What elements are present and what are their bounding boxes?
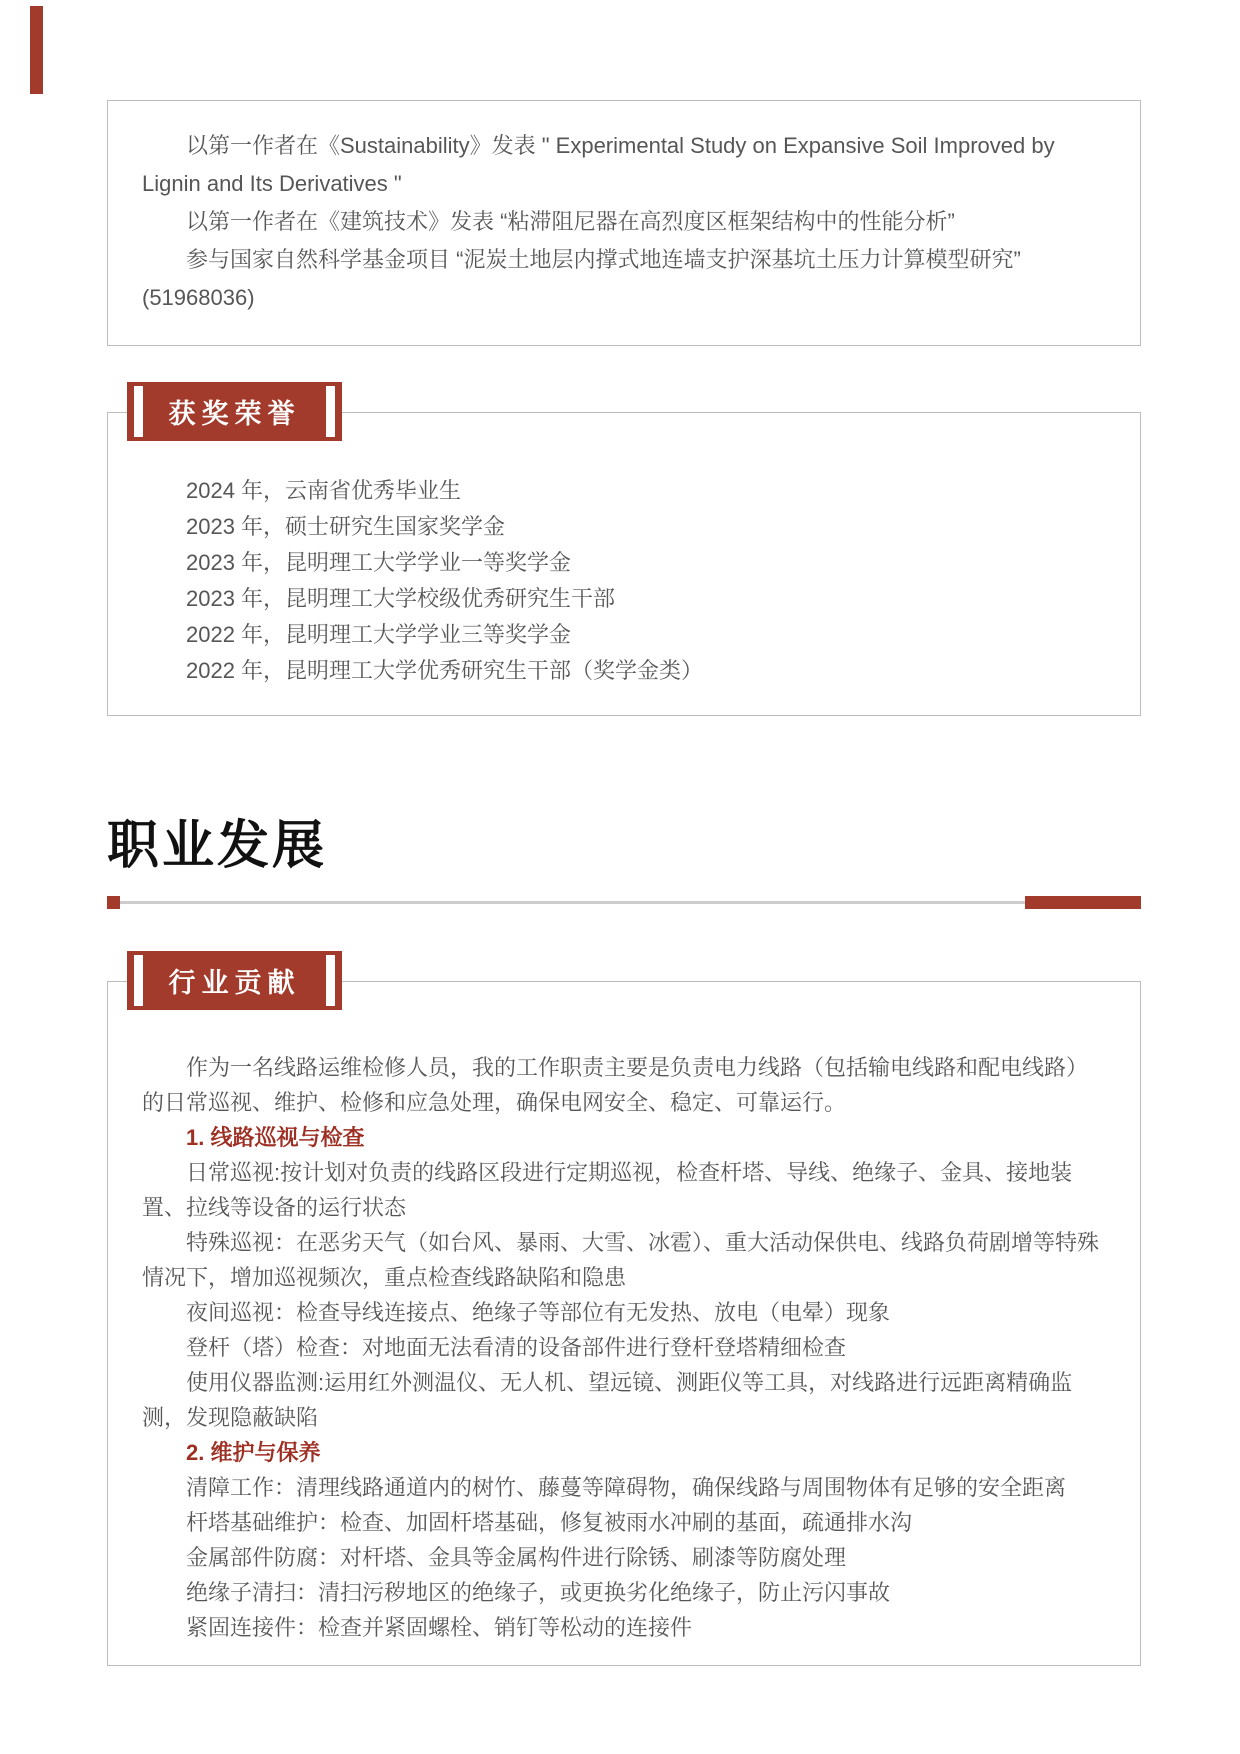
award-item: 2024 年，云南省优秀毕业生: [142, 473, 1106, 509]
industry-item: 杆塔基础维护：检查、加固杆塔基础，修复被雨水冲刷的基面，疏通排水沟: [142, 1505, 1106, 1540]
divider-left-square: [107, 896, 120, 909]
industry-item: 日常巡视:按计划对负责的线路区段进行定期巡视，检查杆塔、导线、绝缘子、金具、接地…: [142, 1155, 1106, 1225]
industry-intro: 作为一名线路运维检修人员，我的工作职责主要是负责电力线路（包括输电线路和配电线路…: [142, 1050, 1106, 1120]
award-item: 2022 年，昆明理工大学优秀研究生干部（奖学金类）: [142, 653, 1106, 689]
page-content: 以第一作者在《Sustainability》发表 " Experimental …: [107, 0, 1141, 1666]
industry-item: 清障工作：清理线路通道内的树竹、藤蔓等障碍物，确保线路与周围物体有足够的安全距离: [142, 1470, 1106, 1505]
document-page: { "theme": { "accent_red": "#a33b2c", "s…: [0, 0, 1240, 1754]
industry-item: 使用仪器监测:运用红外测温仪、无人机、望远镜、测距仪等工具，对线路进行远距离精确…: [142, 1365, 1106, 1435]
award-item: 2023 年，昆明理工大学学业一等奖学金: [142, 545, 1106, 581]
industry-box: 作为一名线路运维检修人员，我的工作职责主要是负责电力线路（包括输电线路和配电线路…: [107, 981, 1141, 1666]
industry-contribution-section: 行业贡献 作为一名线路运维检修人员，我的工作职责主要是负责电力线路（包括输电线路…: [107, 981, 1141, 1666]
divider-line: [120, 901, 1025, 904]
award-item: 2023 年，硕士研究生国家奖学金: [142, 509, 1106, 545]
heading-divider: [107, 896, 1141, 909]
awards-section: 获奖荣誉 2024 年，云南省优秀毕业生 2023 年，硕士研究生国家奖学金 2…: [107, 412, 1141, 716]
divider-right-bar: [1025, 896, 1141, 909]
publication-line: 以第一作者在《建筑技术》发表 “粘滞阻尼器在高烈度区框架结构中的性能分析”: [142, 203, 1106, 241]
industry-subsection-title: 1. 线路巡视与检查: [142, 1120, 1106, 1155]
industry-item: 特殊巡视：在恶劣天气（如台风、暴雨、大雪、冰雹）、重大活动保供电、线路负荷剧增等…: [142, 1225, 1106, 1295]
publication-line: 参与国家自然科学基金项目 “泥炭土地层内撑式地连墙支护深基坑土压力计算模型研究”…: [142, 241, 1106, 317]
industry-item: 登杆（塔）检查：对地面无法看清的设备部件进行登杆登塔精细检查: [142, 1330, 1106, 1365]
industry-item: 金属部件防腐：对杆塔、金具等金属构件进行除锈、刷漆等防腐处理: [142, 1540, 1106, 1575]
awards-box: 2024 年，云南省优秀毕业生 2023 年，硕士研究生国家奖学金 2023 年…: [107, 412, 1141, 716]
awards-badge: 获奖荣誉: [127, 382, 342, 441]
industry-item: 绝缘子清扫：清扫污秽地区的绝缘子，或更换劣化绝缘子，防止污闪事故: [142, 1575, 1106, 1610]
publication-line: 以第一作者在《Sustainability》发表 " Experimental …: [142, 127, 1106, 203]
page-edge-accent-bar: [30, 6, 43, 94]
award-item: 2023 年，昆明理工大学校级优秀研究生干部: [142, 581, 1106, 617]
industry-item: 紧固连接件：检查并紧固螺栓、销钉等松动的连接件: [142, 1610, 1106, 1645]
career-development-heading: 职业发展: [107, 816, 1141, 876]
publications-box: 以第一作者在《Sustainability》发表 " Experimental …: [107, 100, 1141, 346]
award-item: 2022 年，昆明理工大学学业三等奖学金: [142, 617, 1106, 653]
industry-subsection-title: 2. 维护与保养: [142, 1435, 1106, 1470]
industry-badge: 行业贡献: [127, 951, 342, 1010]
industry-item: 夜间巡视：检查导线连接点、绝缘子等部位有无发热、放电（电晕）现象: [142, 1295, 1106, 1330]
